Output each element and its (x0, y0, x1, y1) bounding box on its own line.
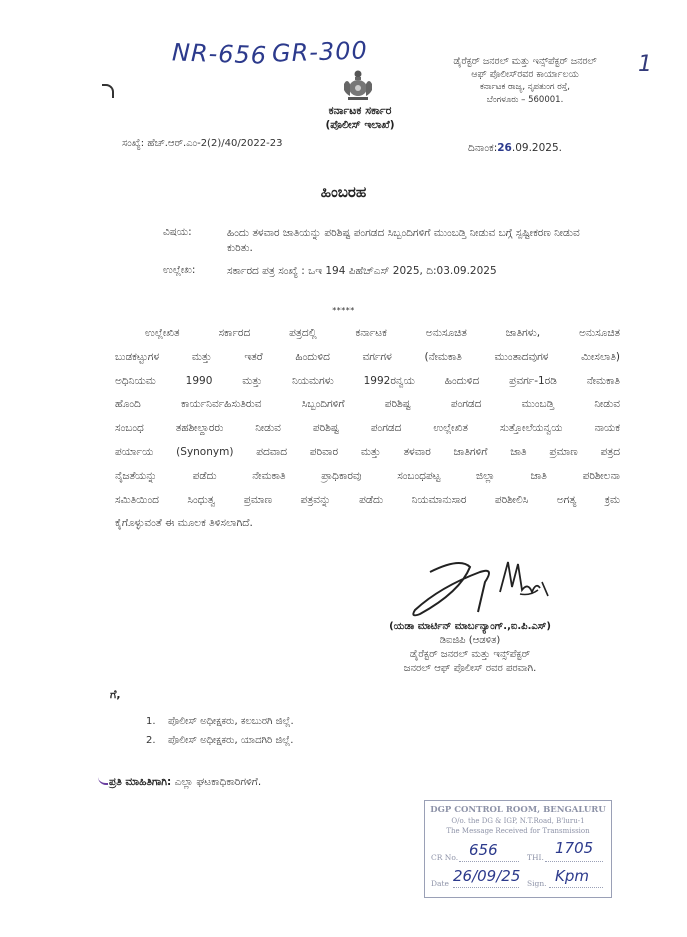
body-line: ಸಮಿತಿಯಿಂದ ಸಿಂಧುತ್ವ ಪ್ರಮಾಣ ಪತ್ರವನ್ನು ಪಡೆದ… (115, 489, 620, 513)
body-line: ಬುಡಕಟ್ಟುಗಳ ಮತ್ತು ಇತರೆ ಹಿಂದುಳಿದ ವರ್ಗಗಳ (ನ… (115, 346, 620, 370)
signatory-block: (ಯಡಾ ಮಾರ್ಟಿನ್ ಮಾರ್ಬನ್ಯಾಂಗ್.,ಐ.ಪಿ.ಎಸ್) ಡಿ… (340, 620, 600, 676)
reference-text: ಸರ್ಕಾರದ ಪತ್ರ ಸಂಖ್ಯೆ : ಒಇ 194 ಪಿಹೆಚ್‌ಎಸ್ … (227, 264, 607, 279)
handwritten-inward-number: NR-656 (172, 38, 268, 69)
office-line: ಕರ್ನಾಟಕ ರಾಜ್ಯ, ನೃಪತುಂಗ ರಸ್ತೆ, (420, 81, 630, 94)
stamp-cr-label: CR No. (431, 853, 458, 862)
document-title: ಹಿಂಬರಹ (0, 183, 687, 201)
office-line: ಆಫ್ ಪೊಲೀಸ್‌ರವರ ಕಾರ್ಯಾಲಯ (420, 68, 630, 81)
signature-icon (400, 552, 590, 622)
body-paragraph: ಉಲ್ಲೇಖಿತ ಸರ್ಕಾರದ ಪತ್ರದಲ್ಲಿ ಕರ್ನಾಟಕ ಅನುಸೂ… (115, 322, 620, 536)
subject-text: ಹಿಂದು ತಳವಾರ ಜಾತಿಯನ್ನು ಪರಿಶಿಷ್ಟ ಪಂಗಡದ ಸಿಬ… (227, 226, 607, 256)
handwritten-page-mark: 1 (638, 52, 653, 77)
subject-label: ವಿಷಯ: (163, 226, 192, 239)
stamp-line: O/o. the DG & IGP, N.T.Road, B'luru-1 (425, 817, 611, 825)
signatory-behalf-line: ಜನರಲ್ ಆಫ್ ಪೊಲೀಸ್ ರವರ ಪರವಾಗಿ. (340, 662, 600, 676)
date-day-handwritten: 26 (497, 142, 512, 154)
government-name: ಕರ್ನಾಟಕ ಸರ್ಕಾರ (300, 104, 420, 118)
stamp-cr-value: 656 (469, 841, 498, 859)
to-label: ಗೆ, (110, 688, 121, 702)
body-line: ನೈಜತೆಯನ್ನು ಪಡೆದು ನೇಮಕಾತಿ ಪ್ರಾಧಿಕಾರವು ಸಂಬ… (115, 465, 620, 489)
control-room-stamp: DGP CONTROL ROOM, BENGALURU O/o. the DG … (424, 800, 612, 898)
recipient-item: 2.ಪೊಲೀಸ್ ಅಧೀಕ್ಷಕರು, ಯಾದಗಿರಿ ಜಿಲ್ಲೆ. (146, 735, 293, 746)
reference-label: ಉಲ್ಲೇಖ: (163, 264, 195, 277)
signatory-behalf-line: ಡೈರೆಕ್ಟರ್ ಜನರಲ್ ಮತ್ತು ಇನ್ಸ್‌ಪೆಕ್ಟರ್ (340, 648, 600, 662)
recipient-text: ಪೊಲೀಸ್ ಅಧೀಕ್ಷಕರು, ಯಾದಗಿರಿ ಜಿಲ್ಲೆ. (168, 735, 293, 746)
stamp-date-value: 26/09/25 (453, 867, 520, 885)
letter-date: ದಿನಾಂಕ:26.09.2025. (468, 142, 562, 155)
pen-mark-icon (98, 777, 108, 785)
recipient-text: ಪೊಲೀಸ್ ಅಧೀಕ್ಷಕರು, ಕಲಬುರಗಿ ಜಿಲ್ಲೆ. (168, 716, 294, 727)
body-line: ಉಲ್ಲೇಖಿತ ಸರ್ಕಾರದ ಪತ್ರದಲ್ಲಿ ಕರ್ನಾಟಕ ಅನುಸೂ… (115, 322, 620, 346)
office-line: ಡೈರೆಕ್ಟರ್ ಜನರಲ್ ಮತ್ತು ಇನ್ಸ್‌ಪೆಕ್ಟರ್ ಜನರಲ… (420, 55, 630, 68)
separator: ***** (0, 306, 687, 315)
stamp-line: The Message Received for Transmission (425, 827, 611, 835)
body-line: ಕೈಗೊಳ್ಳುವಂತೆ ಈ ಮೂಲಕ ತಿಳಿಸಲಾಗಿದೆ. (115, 512, 620, 536)
date-label: ದಿನಾಂಕ: (468, 142, 497, 154)
signatory-name: (ಯಡಾ ಮಾರ್ಟಿನ್ ಮಾರ್ಬನ್ಯಾಂಗ್.,ಐ.ಪಿ.ಎಸ್) (340, 620, 600, 634)
copy-label: ಪ್ರತಿ ಮಾಹಿತಿಗಾಗಿ: (109, 776, 171, 788)
department-name: (ಪೊಲೀಸ್ ಇಲಾಖೆ) (300, 119, 420, 132)
stamp-thi-value: 1705 (555, 839, 593, 857)
stamp-date-label: Date (431, 879, 449, 888)
date-rest: .09.2025. (512, 142, 562, 154)
signatory-designation: ಡಿಐಜಿಪಿ (ಆಡಳಿತ) (340, 634, 600, 648)
stamp-thi-label: THI. (527, 853, 544, 862)
body-line: ಅಧಿನಿಯಮ 1990 ಮತ್ತು ನಿಯಮಗಳು 1992ರನ್ವಯ ಹಿಂ… (115, 370, 620, 394)
recipient-number: 2. (146, 735, 168, 746)
office-line: ಬೆಂಗಳೂರು – 560001. (420, 94, 630, 107)
pen-mark (102, 84, 114, 98)
handwritten-gr-number: GR-300 (272, 36, 369, 67)
stamp-sign-label: Sign. (527, 879, 547, 888)
stamp-sign-value: Kpm (555, 867, 589, 885)
copy-text: ಎಲ್ಲಾ ಘಟಕಾಧಿಕಾರಿಗಳಿಗೆ. (175, 776, 262, 788)
body-line: ಪರ್ಯಾಯ (Synonym) ಪದವಾದ ಪರಿವಾರ ಮತ್ತು ತಳವಾ… (115, 441, 620, 465)
karnataka-emblem-icon (340, 68, 376, 104)
recipient-number: 1. (146, 716, 168, 727)
reference-number: ಸಂಖ್ಯೆ: ಹೆಚ್.ಆರ್.ಎಂ-2(2)/40/2022-23 (122, 138, 282, 149)
body-line: ಹೊಂದಿ ಕಾರ್ಯನಿರ್ವಹಿಸುತಿರುವ ಸಿಬ್ಬಂದಿಗಳಿಗೆ … (115, 393, 620, 417)
recipient-item: 1.ಪೊಲೀಸ್ ಅಧೀಕ್ಷಕರು, ಕಲಬುರಗಿ ಜಿಲ್ಲೆ. (146, 716, 294, 727)
body-line: ಸಂಬಂಧ ತಹಶೀಲ್ದಾರರು ನೀಡುವ ಪರಿಶಿಷ್ಟ ಪಂಗಡದ ಉ… (115, 417, 620, 441)
stamp-line: DGP CONTROL ROOM, BENGALURU (425, 805, 611, 815)
copy-to: ಪ್ರತಿ ಮಾಹಿತಿಗಾಗಿ: ಎಲ್ಲಾ ಘಟಕಾಧಿಕಾರಿಗಳಿಗೆ. (98, 776, 261, 789)
office-address: ಡೈರೆಕ್ಟರ್ ಜನರಲ್ ಮತ್ತು ಇನ್ಸ್‌ಪೆಕ್ಟರ್ ಜನರಲ… (420, 55, 630, 107)
